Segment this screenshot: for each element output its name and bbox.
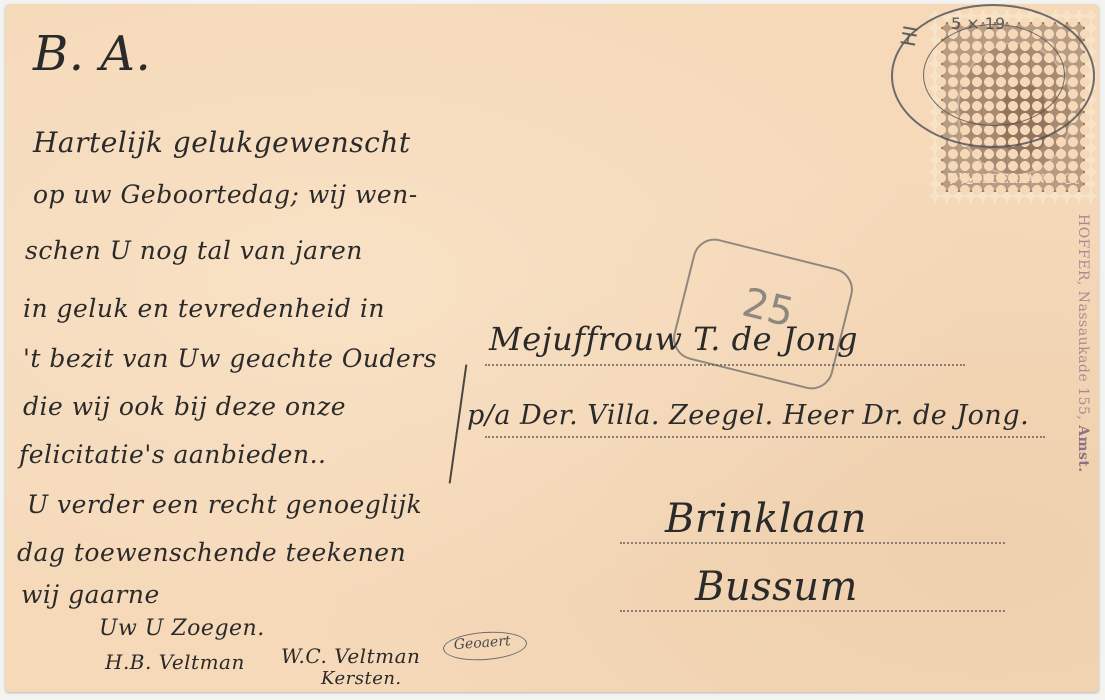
publisher-text: HOFFER, Nassaukade 155,	[1075, 214, 1091, 425]
message-line: op uw Geboortedag; wij wen-	[33, 180, 418, 209]
address-city: Bussum	[695, 564, 858, 610]
publisher-city: Amst.	[1075, 425, 1091, 472]
closing: Uw U Zoegen.	[99, 616, 265, 641]
message-line: felicitatie's aanbieden..	[19, 440, 326, 469]
maker-mark-text: Geoaert	[453, 633, 511, 653]
message-line: 't bezit van Uw geachte Ouders	[23, 344, 437, 373]
message-line: dag toewenschende teekenen	[17, 538, 406, 567]
address-line-rule	[620, 542, 1005, 544]
stamp-currency: Ct	[1063, 172, 1079, 188]
boxed-number: 25	[738, 280, 799, 337]
address-line-rule	[620, 610, 1005, 612]
salutation: B. A.	[33, 26, 151, 82]
message-line: wij gaarne	[21, 580, 160, 609]
postcard: B. A. Hartelijk gelukgewenscht op uw Geb…	[5, 4, 1099, 692]
address-line-rule	[485, 436, 1045, 438]
postmark-town: HI	[896, 24, 923, 49]
postmark-date: 5 × 19	[951, 14, 1005, 33]
address-street: Brinklaan	[665, 496, 867, 542]
message-line: die wij ook bij deze onze	[23, 392, 346, 421]
signature: W.C. Veltman	[281, 644, 420, 668]
maker-mark: Geoaert	[442, 629, 528, 663]
message-line: Hartelijk gelukgewenscht	[33, 126, 411, 159]
message-line: U verder een recht genoeglijk	[27, 490, 422, 519]
signature: Kersten.	[321, 668, 402, 689]
message-line: in geluk en tevredenheid in	[23, 294, 385, 323]
message-line: schen U nog tal van jaren	[25, 236, 363, 265]
divider-stroke	[449, 364, 468, 483]
publisher-imprint: HOFFER, Nassaukade 155, Amst.	[1075, 214, 1091, 473]
signature: H.B. Veltman	[105, 650, 245, 674]
boxed-number-stamp: 25	[668, 234, 857, 394]
postmark-inner-ring	[923, 24, 1065, 126]
address-care-of: p/a Der. Villa. Zeegel. Heer Dr. de Jong…	[467, 400, 1029, 431]
postmark: HI 5 × 19	[891, 4, 1095, 148]
